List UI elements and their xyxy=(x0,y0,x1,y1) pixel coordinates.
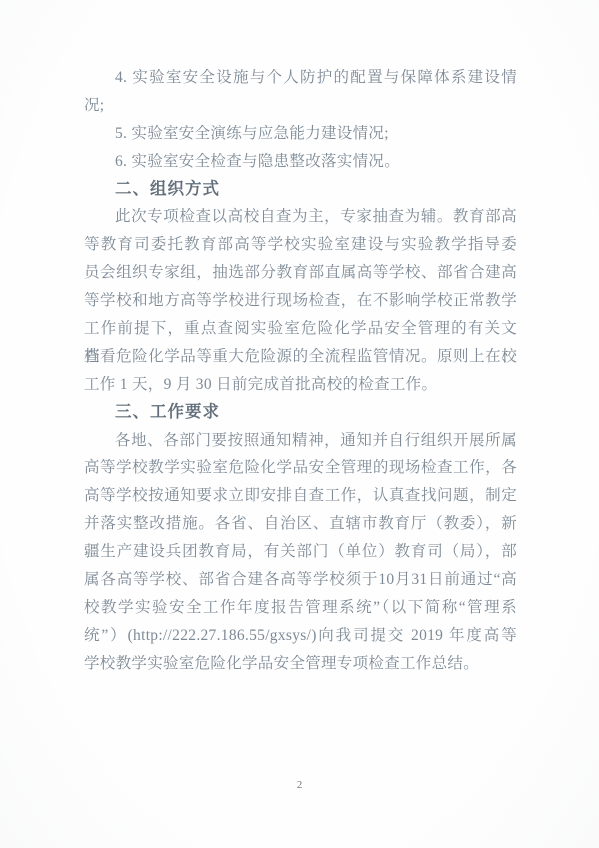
section-heading: 三、工作要求 xyxy=(84,399,517,427)
document-line: 各地、各部门要按照通知精神，通知并自行组织开展所属 xyxy=(84,427,517,455)
document-line: 查看危险化学品等重大危险源的全流程监管情况。原则上在校 xyxy=(84,343,517,371)
document-line: 高等学校按通知要求立即安排自查工作，认真查找问题，制定 xyxy=(84,482,517,510)
document-line: 校教学实验安全工作年度报告管理系统”（以下简称“管理系 xyxy=(84,594,517,622)
document-line: 6. 实验室安全检查与隐患整改落实情况。 xyxy=(84,148,517,176)
document-line: 况; xyxy=(84,92,517,120)
document-line: 疆生产建设兵团教育局，有关部门（单位）教育司（局），部 xyxy=(84,538,517,566)
document-line: 统”）(http://222.27.186.55/gxsys/)向我司提交 20… xyxy=(84,622,517,650)
document-page: 4. 实验室安全设施与个人防护的配置与保障体系建设情况;5. 实验室安全演练与应… xyxy=(0,0,599,848)
page-number: 2 xyxy=(0,779,599,791)
document-body: 4. 实验室安全设施与个人防护的配置与保障体系建设情况;5. 实验室安全演练与应… xyxy=(84,64,517,678)
document-line: 工作前提下，重点查阅实验室危险化学品安全管理的有关文档、 xyxy=(84,315,517,343)
document-line: 等学校和地方高等学校进行现场检查，在不影响学校正常教学 xyxy=(84,287,517,315)
document-line: 高等学校教学实验室危险化学品安全管理的现场检查工作，各 xyxy=(84,454,517,482)
document-line: 5. 实验室安全演练与应急能力建设情况; xyxy=(84,120,517,148)
document-line: 此次专项检查以高校自查为主，专家抽查为辅。教育部高 xyxy=(84,203,517,231)
document-line: 员会组织专家组，抽选部分教育部直属高等学校、部省合建高 xyxy=(84,259,517,287)
document-line: 学校教学实验室危险化学品安全管理专项检查工作总结。 xyxy=(84,650,517,678)
document-line: 工作 1 天，9 月 30 日前完成首批高校的检查工作。 xyxy=(84,371,517,399)
section-heading: 二、组织方式 xyxy=(84,176,517,204)
document-line: 等教育司委托教育部高等学校实验室建设与实验教学指导委 xyxy=(84,231,517,259)
document-line: 4. 实验室安全设施与个人防护的配置与保障体系建设情 xyxy=(84,64,517,92)
document-line: 并落实整改措施。各省、自治区、直辖市教育厅（教委），新 xyxy=(84,510,517,538)
document-line: 属各高等学校、部省合建各高等学校须于10月31日前通过“高 xyxy=(84,566,517,594)
